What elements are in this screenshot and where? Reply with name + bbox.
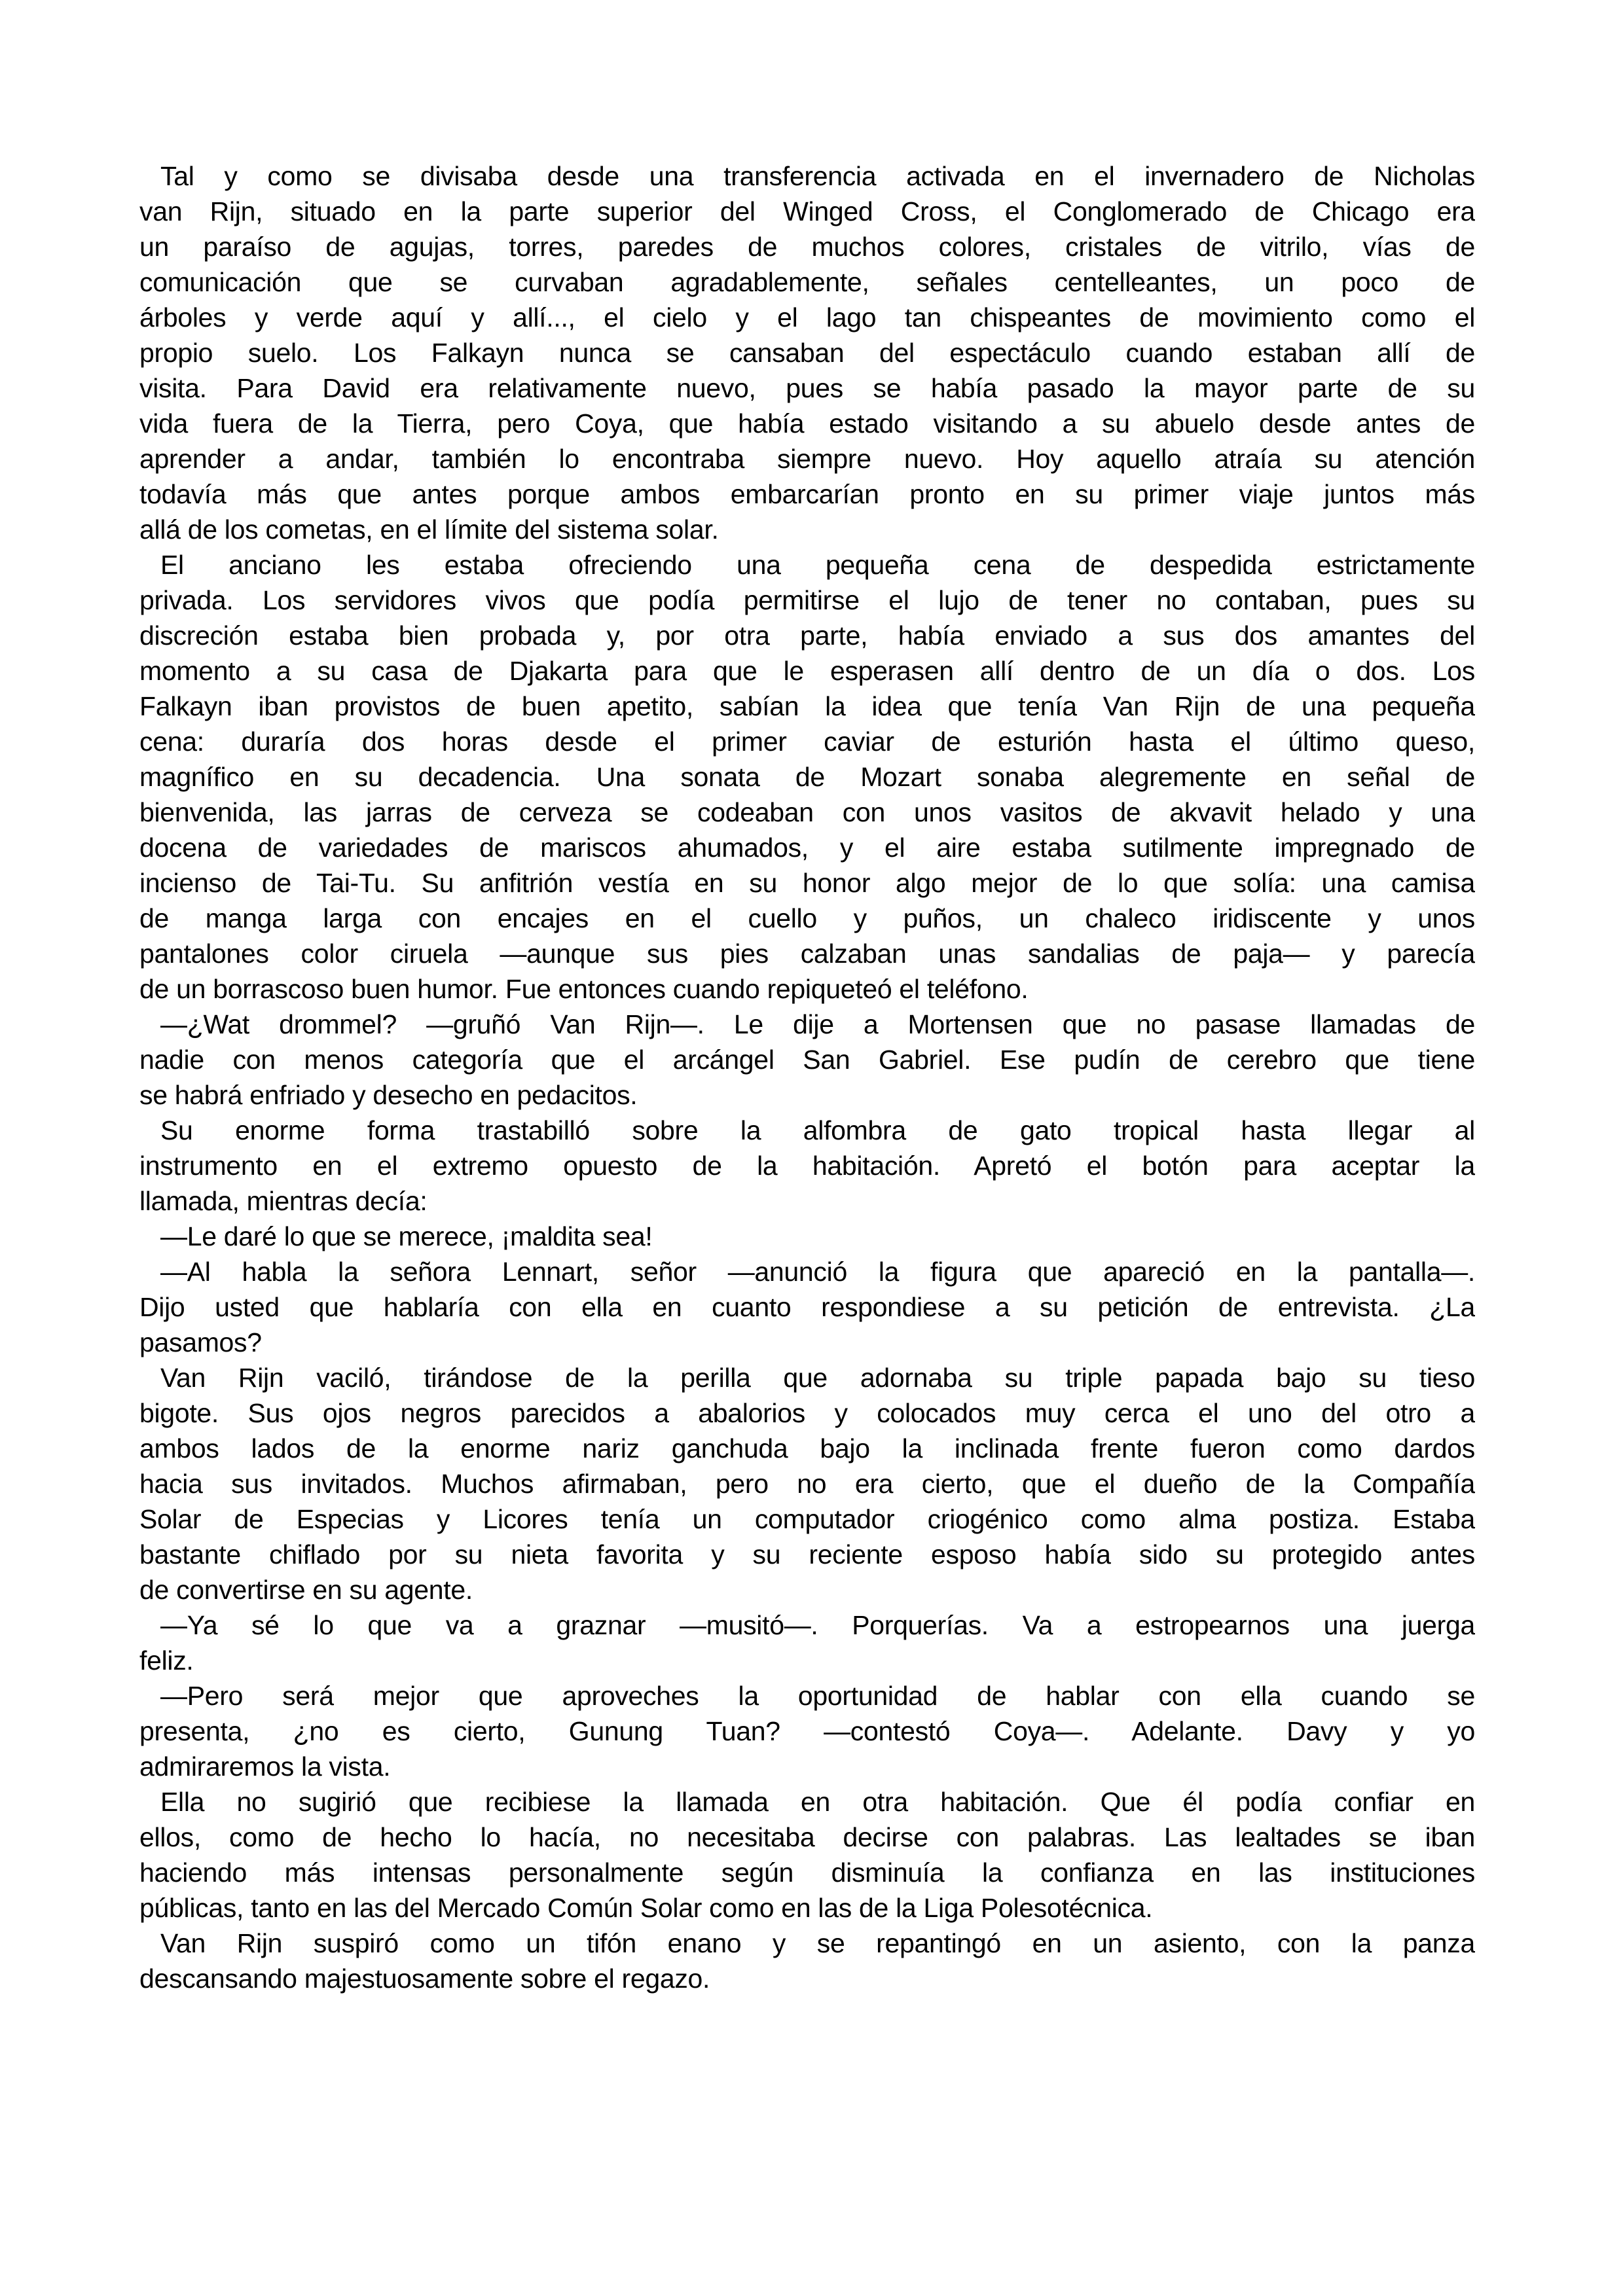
text-block: Tal y como se divisaba desde una transfe…: [139, 158, 1475, 1996]
text-line: —Ya sé lo que va a graznar —musitó—. Por…: [139, 1607, 1475, 1643]
text-line: todavía más que antes porque ambos embar…: [139, 476, 1475, 512]
paragraph: Su enorme forma trastabilló sobre la alf…: [139, 1113, 1475, 1219]
text-line: visita. Para David era relativamente nue…: [139, 370, 1475, 406]
paragraph: —Al habla la señora Lennart, señor —anun…: [139, 1254, 1475, 1360]
paragraph: —Ya sé lo que va a graznar —musitó—. Por…: [139, 1607, 1475, 1678]
text-line: Solar de Especias y Licores tenía un com…: [139, 1501, 1475, 1537]
text-line: incienso de Tai-Tu. Su anfitrión vestía …: [139, 865, 1475, 901]
text-line: bienvenida, las jarras de cerveza se cod…: [139, 795, 1475, 830]
text-line: —Al habla la señora Lennart, señor —anun…: [139, 1254, 1475, 1289]
paragraph: Van Rijn suspiró como un tifón enano y s…: [139, 1926, 1475, 1996]
text-line: magnífico en su decadencia. Una sonata d…: [139, 759, 1475, 795]
scanned-book-page: Tal y como se divisaba desde una transfe…: [0, 0, 1623, 2296]
text-line: propio suelo. Los Falkayn nunca se cansa…: [139, 335, 1475, 370]
paragraph: El anciano les estaba ofreciendo una peq…: [139, 547, 1475, 1007]
text-line: pasamos?: [139, 1325, 1475, 1360]
paragraph: Van Rijn vaciló, tirándose de la perilla…: [139, 1360, 1475, 1607]
paragraph: —Le daré lo que se merece, ¡maldita sea!: [139, 1219, 1475, 1254]
text-line: discreción estaba bien probada y, por ot…: [139, 618, 1475, 653]
text-line: aprender a andar, también lo encontraba …: [139, 441, 1475, 476]
text-line: comunicación que se curvaban agradableme…: [139, 264, 1475, 300]
text-line: feliz.: [139, 1643, 1475, 1678]
text-line: de un borrascoso buen humor. Fue entonce…: [139, 971, 1475, 1007]
text-line: van Rijn, situado en la parte superior d…: [139, 194, 1475, 229]
text-line: nadie con menos categoría que el arcánge…: [139, 1042, 1475, 1077]
text-line: ambos lados de la enorme nariz ganchuda …: [139, 1431, 1475, 1466]
text-line: hacia sus invitados. Muchos afirmaban, p…: [139, 1466, 1475, 1501]
text-line: docena de variedades de mariscos ahumado…: [139, 830, 1475, 865]
paragraph: —¿Wat drommel? —gruñó Van Rijn—. Le dije…: [139, 1007, 1475, 1113]
text-line: El anciano les estaba ofreciendo una peq…: [139, 547, 1475, 583]
text-line: Van Rijn vaciló, tirándose de la perilla…: [139, 1360, 1475, 1395]
text-line: Van Rijn suspiró como un tifón enano y s…: [139, 1926, 1475, 1961]
text-line: pantalones color ciruela —aunque sus pie…: [139, 936, 1475, 971]
text-line: bastante chiflado por su nieta favorita …: [139, 1537, 1475, 1572]
text-line: cena: duraría dos horas desde el primer …: [139, 724, 1475, 759]
text-line: instrumento en el extremo opuesto de la …: [139, 1148, 1475, 1183]
text-line: Falkayn iban provistos de buen apetito, …: [139, 689, 1475, 724]
text-line: —Pero será mejor que aproveches la oport…: [139, 1678, 1475, 1713]
text-line: llamada, mientras decía:: [139, 1183, 1475, 1219]
text-line: un paraíso de agujas, torres, paredes de…: [139, 229, 1475, 264]
text-line: ellos, como de hecho lo hacía, no necesi…: [139, 1820, 1475, 1855]
text-line: se habrá enfriado y desecho en pedacitos…: [139, 1077, 1475, 1113]
paragraph: Tal y como se divisaba desde una transfe…: [139, 158, 1475, 547]
text-line: —Le daré lo que se merece, ¡maldita sea!: [139, 1219, 1475, 1254]
text-line: bigote. Sus ojos negros parecidos a abal…: [139, 1395, 1475, 1431]
text-line: Dijo usted que hablaría con ella en cuan…: [139, 1289, 1475, 1325]
text-line: de convertirse en su agente.: [139, 1572, 1475, 1607]
text-line: privada. Los servidores vivos que podía …: [139, 583, 1475, 618]
text-line: árboles y verde aquí y allí..., el cielo…: [139, 300, 1475, 335]
text-line: Su enorme forma trastabilló sobre la alf…: [139, 1113, 1475, 1148]
text-line: haciendo más intensas personalmente segú…: [139, 1855, 1475, 1890]
paragraph: Ella no sugirió que recibiese la llamada…: [139, 1784, 1475, 1926]
text-line: públicas, tanto en las del Mercado Común…: [139, 1890, 1475, 1926]
text-line: de manga larga con encajes en el cuello …: [139, 901, 1475, 936]
text-line: descansando majestuosamente sobre el reg…: [139, 1961, 1475, 1996]
text-line: admiraremos la vista.: [139, 1749, 1475, 1784]
text-line: momento a su casa de Djakarta para que l…: [139, 653, 1475, 689]
text-line: allá de los cometas, en el límite del si…: [139, 512, 1475, 547]
text-line: presenta, ¿no es cierto, Gunung Tuan? —c…: [139, 1713, 1475, 1749]
text-line: —¿Wat drommel? —gruñó Van Rijn—. Le dije…: [139, 1007, 1475, 1042]
paragraph: —Pero será mejor que aproveches la oport…: [139, 1678, 1475, 1784]
text-line: Tal y como se divisaba desde una transfe…: [139, 158, 1475, 194]
text-line: Ella no sugirió que recibiese la llamada…: [139, 1784, 1475, 1820]
text-line: vida fuera de la Tierra, pero Coya, que …: [139, 406, 1475, 441]
